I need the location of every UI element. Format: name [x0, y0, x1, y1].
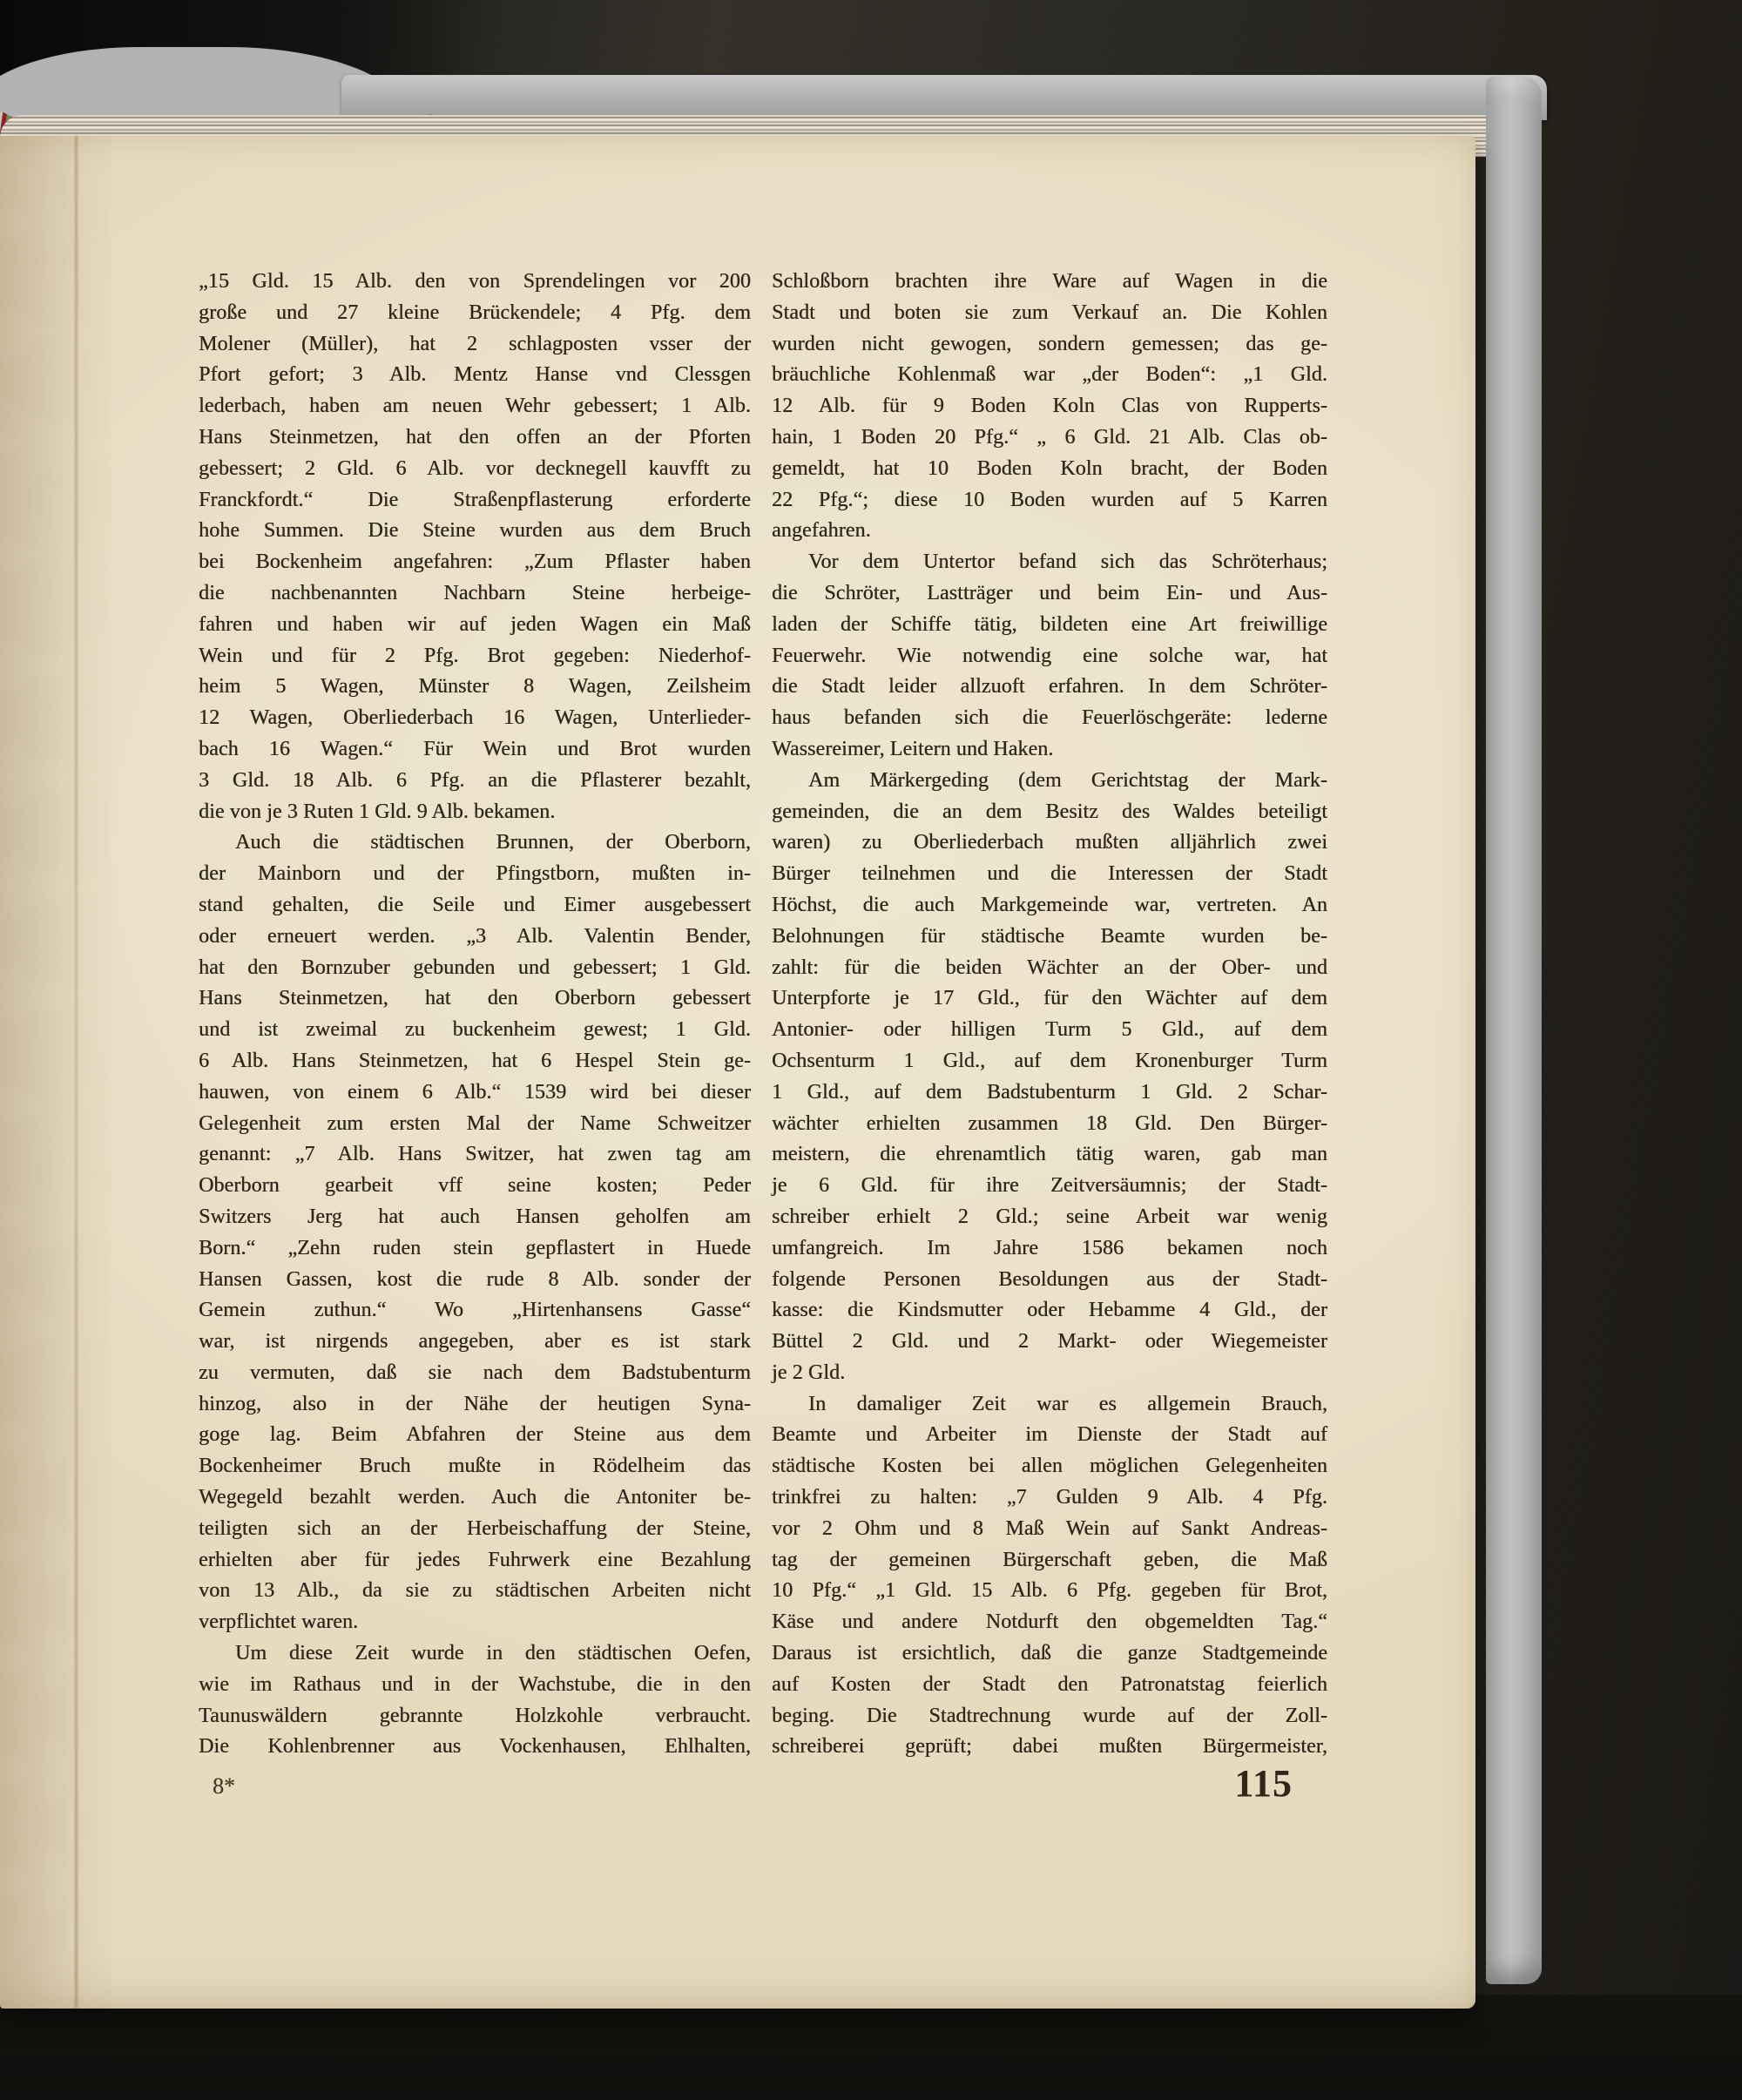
text-line: Hans Steinmetzen, hat den Oberborn gebes… [199, 983, 751, 1015]
text-line: der Mainborn und der Pfingstborn, mußten… [199, 859, 751, 890]
text-line: Franckfordt.“ Die Straßenpflasterung erf… [199, 485, 751, 517]
text-line: beging. Die Stadtrechnung wurde auf der … [772, 1701, 1327, 1732]
text-line: genannt: „7 Alb. Hans Switzer, hat zwen … [199, 1139, 751, 1171]
text-line: Pfort gefort; 3 Alb. Mentz Hanse vnd Cle… [199, 360, 751, 391]
text-line: gebessert; 2 Gld. 6 Alb. vor decknegell … [199, 454, 751, 485]
text-line: Molener (Müller), hat 2 schlagposten vss… [199, 329, 751, 361]
backdrop-shadow-bottom [0, 1995, 1742, 2100]
text-line: Unterpforte je 17 Gld., für den Wächter … [772, 983, 1327, 1015]
text-line: 6 Alb. Hans Steinmetzen, hat 6 Hespel St… [199, 1046, 751, 1077]
text-line: Wegegeld bezahlt werden. Auch die Antoni… [199, 1482, 751, 1514]
text-line: waren) zu Oberliederbach mußten alljährl… [772, 827, 1327, 859]
text-line: folgende Personen Besoldungen aus der St… [772, 1265, 1327, 1296]
text-line: Belohnungen für städtische Beamte wurden… [772, 922, 1327, 953]
text-line: städtische Kosten bei allen möglichen Ge… [772, 1451, 1327, 1482]
text-line: hinzog, also in der Nähe der heutigen Sy… [199, 1389, 751, 1421]
text-line: „15 Gld. 15 Alb. den von Sprendelingen v… [199, 267, 751, 298]
text-line: die Stadt leider allzuoft erfahren. In d… [772, 672, 1327, 703]
text-line: Hansen Gassen, kost die rude 8 Alb. sond… [199, 1265, 751, 1296]
text-line: tag der gemeinen Bürgerschaft geben, die… [772, 1545, 1327, 1577]
text-line: hat den Bornzuber gebunden und gebessert… [199, 953, 751, 984]
text-line: schreiberei geprüft; dabei mußten Bürger… [772, 1732, 1327, 1763]
text-line: je 2 Gld. [772, 1358, 1327, 1389]
text-line: 10 Pfg.“ „1 Gld. 15 Alb. 6 Pfg. gegeben … [772, 1576, 1327, 1607]
text-line: laden der Schiffe tätig, bildeten eine A… [772, 610, 1327, 641]
text-line: lederbach, haben am neuen Wehr gebessert… [199, 391, 751, 422]
text-line: war, ist nirgends angegeben, aber es ist… [199, 1327, 751, 1358]
text-line: bei Bockenheim angefahren: „Zum Pflaster… [199, 547, 751, 578]
text-line: 3 Gld. 18 Alb. 6 Pfg. an die Pflasterer … [199, 766, 751, 797]
text-line: Wassereimer, Leitern und Haken. [772, 734, 1327, 766]
text-line: Wein und für 2 Pfg. Brot gegeben: Nieder… [199, 641, 751, 672]
text-line: meistern, die ehrenamtlich tätig waren, … [772, 1139, 1327, 1171]
text-line: bräuchliche Kohlenmaß war „der Boden“: „… [772, 360, 1327, 391]
text-line: vor 2 Ohm und 8 Maß Wein auf Sankt Andre… [772, 1514, 1327, 1545]
text-line: hauwen, von einem 6 Alb.“ 1539 wird bei … [199, 1077, 751, 1109]
text-line: hohe Summen. Die Steine wurden aus dem B… [199, 516, 751, 547]
text-line: die Schröter, Lastträger und beim Ein- u… [772, 578, 1327, 610]
text-line: 1 Gld., auf dem Badstubenturm 1 Gld. 2 S… [772, 1077, 1327, 1109]
text-line: verpflichtet waren. [199, 1607, 751, 1638]
text-line: Feuerwehr. Wie notwendig eine solche war… [772, 641, 1327, 672]
text-line: kasse: die Kindsmutter oder Hebamme 4 Gl… [772, 1295, 1327, 1327]
text-line: Stadt und boten sie zum Verkauf an. Die … [772, 298, 1327, 329]
text-line: Vor dem Untertor befand sich das Schröte… [772, 547, 1327, 578]
text-line: Schloßborn brachten ihre Ware auf Wagen … [772, 267, 1327, 298]
text-column-right: Schloßborn brachten ihre Ware auf Wagen … [772, 267, 1327, 1763]
text-line: große und 27 kleine Brückendele; 4 Pfg. … [199, 298, 751, 329]
text-line: wächter erhielten zusammen 18 Gld. Den B… [772, 1109, 1327, 1140]
text-line: goge lag. Beim Abfahren der Steine aus d… [199, 1420, 751, 1451]
text-line: Bockenheimer Bruch mußte in Rödelheim da… [199, 1451, 751, 1482]
text-line: Um diese Zeit wurde in den städtischen O… [199, 1638, 751, 1670]
text-line: von 13 Alb., da sie zu städtischen Arbei… [199, 1576, 751, 1607]
text-line: Die Kohlenbrenner aus Vockenhausen, Ehlh… [199, 1732, 751, 1763]
text-line: bach 16 Wagen.“ Für Wein und Brot wurden [199, 734, 751, 766]
text-line: fahren und haben wir auf jeden Wagen ein… [199, 610, 751, 641]
text-line: Daraus ist ersichtlich, daß die ganze St… [772, 1638, 1327, 1670]
text-line: Gelegenheit zum ersten Mal der Name Schw… [199, 1109, 751, 1140]
text-column-left: „15 Gld. 15 Alb. den von Sprendelingen v… [199, 267, 751, 1763]
text-line: umfangreich. Im Jahre 1586 bekamen noch [772, 1233, 1327, 1265]
text-line: 12 Alb. für 9 Boden Koln Clas von Rupper… [772, 391, 1327, 422]
signature-mark: 8* [213, 1773, 235, 1800]
text-line: heim 5 Wagen, Münster 8 Wagen, Zeilsheim [199, 672, 751, 703]
text-line: Bürger teilnehmen und die Interessen der… [772, 859, 1327, 890]
text-line: teiligten sich an der Herbeischaffung de… [199, 1514, 751, 1545]
text-line: trinkfrei zu halten: „7 Gulden 9 Alb. 4 … [772, 1482, 1327, 1514]
text-line: wie im Rathaus und in der Wachstube, die… [199, 1670, 751, 1701]
text-line: schreiber erhielt 2 Gld.; seine Arbeit w… [772, 1202, 1327, 1233]
text-line: Ochsenturm 1 Gld., auf dem Kronenburger … [772, 1046, 1327, 1077]
text-line: auf Kosten der Stadt den Patronatstag fe… [772, 1670, 1327, 1701]
text-line: Höchst, die auch Markgemeinde war, vertr… [772, 890, 1327, 922]
text-line: zu vermuten, daß sie nach dem Badstubent… [199, 1358, 751, 1389]
text-line: erhielten aber für jedes Fuhrwerk eine B… [199, 1545, 751, 1577]
text-line: die von je 3 Ruten 1 Gld. 9 Alb. bekamen… [199, 797, 751, 828]
text-line: Beamte und Arbeiter im Dienste der Stadt… [772, 1420, 1327, 1451]
text-line: Oberborn gearbeit vff seine kosten; Pede… [199, 1171, 751, 1202]
book-page: „15 Gld. 15 Alb. den von Sprendelingen v… [0, 136, 1475, 2009]
gutter-crease [75, 136, 78, 2009]
text-line: oder erneuert werden. „3 Alb. Valentin B… [199, 922, 751, 953]
text-line: angefahren. [772, 516, 1327, 547]
text-line: Antonier- oder hilligen Turm 5 Gld., auf… [772, 1015, 1327, 1046]
text-line: Auch die städtischen Brunnen, der Oberbo… [199, 827, 751, 859]
text-line: gemeldt, hat 10 Boden Koln bracht, der B… [772, 454, 1327, 485]
text-line: zahlt: für die beiden Wächter an der Obe… [772, 953, 1327, 984]
book-cover-top-edge [341, 75, 1547, 120]
text-line: 12 Wagen, Oberliederbach 16 Wagen, Unter… [199, 703, 751, 734]
text-line: stand gehalten, die Seile und Eimer ausg… [199, 890, 751, 922]
text-line: Born.“ „Zehn ruden stein gepflastert in … [199, 1233, 751, 1265]
text-line: 22 Pfg.“; diese 10 Boden wurden auf 5 Ka… [772, 485, 1327, 517]
book-scan-scene: „15 Gld. 15 Alb. den von Sprendelingen v… [0, 0, 1742, 2100]
text-line: In damaliger Zeit war es allgemein Brauc… [772, 1389, 1327, 1421]
text-line: Büttel 2 Gld. und 2 Markt- oder Wiegemei… [772, 1327, 1327, 1358]
text-line: Hans Steinmetzen, hat den offen an der P… [199, 422, 751, 454]
text-line: Am Märkergeding (dem Gerichtstag der Mar… [772, 766, 1327, 797]
text-line: hain, 1 Boden 20 Pfg.“ „ 6 Gld. 21 Alb. … [772, 422, 1327, 454]
text-line: haus befanden sich die Feuerlöschgeräte:… [772, 703, 1327, 734]
text-line: die nachbenannten Nachbarn Steine herbei… [199, 578, 751, 610]
text-line: Gemein zuthun.“ Wo „Hirtenhansens Gasse“ [199, 1295, 751, 1327]
text-line: und ist zweimal zu buckenheim gewest; 1 … [199, 1015, 751, 1046]
text-line: Taunuswäldern gebrannte Holzkohle verbra… [199, 1701, 751, 1732]
text-line: Käse und andere Notdurft den obgemeldten… [772, 1607, 1327, 1638]
text-line: Switzers Jerg hat auch Hansen geholfen a… [199, 1202, 751, 1233]
text-line: gemeinden, die an dem Besitz des Waldes … [772, 797, 1327, 828]
page-number: 115 [1214, 1761, 1293, 1806]
text-line: je 6 Gld. für ihre Zeitversäumnis; der S… [772, 1171, 1327, 1202]
text-line: wurden nicht gewogen, sondern gemessen; … [772, 329, 1327, 361]
